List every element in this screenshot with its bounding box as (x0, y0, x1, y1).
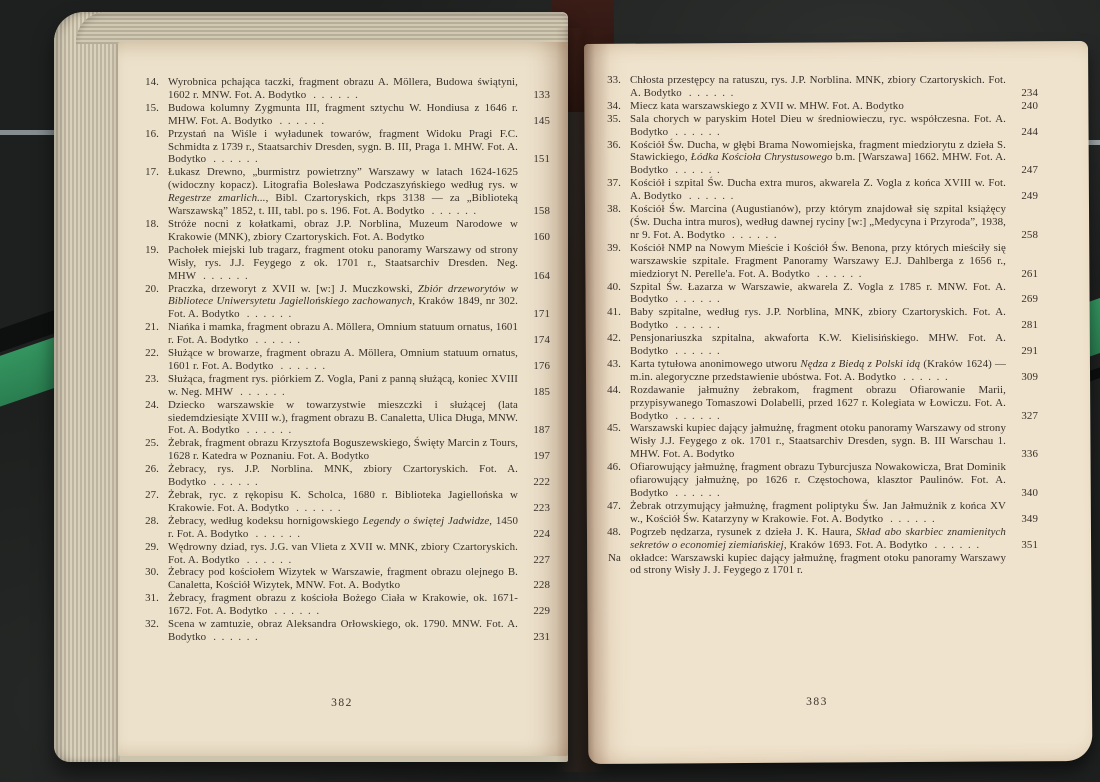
leader-dots: . . . . . . (213, 476, 258, 488)
entry-page-ref: 258 (1006, 229, 1038, 242)
entry-text: Ofiarowujący jałmużnę, fragment obrazu T… (630, 461, 1006, 500)
entry-page-ref: 158 (518, 205, 550, 218)
leader-dots: . . . . . . (296, 502, 341, 514)
page-stack-top-edge (76, 12, 568, 44)
leader-dots: . . . . . . (279, 115, 324, 127)
entry-page-ref: 281 (1006, 319, 1038, 332)
entry-text: Praczka, drzeworyt z XVII w. [w:] J. Muc… (168, 283, 518, 322)
background-gray-line-left (0, 130, 56, 135)
leader-dots: . . . . . . (275, 605, 320, 617)
toc-entry: 43.Karta tytułowa anonimowego utworu Nęd… (596, 358, 1038, 384)
leader-dots: . . . . . . (213, 631, 258, 643)
entry-page-ref: 151 (518, 153, 550, 166)
leader-dots: . . . . . . (817, 268, 862, 280)
entry-text: Żebrak, ryc. z rękopisu K. Scholca, 1680… (168, 489, 518, 515)
leader-dots: . . . . . . (213, 153, 258, 165)
entry-page-ref: 176 (518, 360, 550, 373)
entry-page-ref: 340 (1006, 487, 1038, 500)
entry-text: Pensjonariuszka szpitalna, akwaforta K.W… (630, 332, 1006, 358)
entry-page-ref: 227 (518, 554, 550, 567)
toc-entry: 30.Żebracy pod kościołem Wizytek w Warsz… (134, 566, 550, 592)
entry-text: Wyrobnica pchająca taczki, fragment obra… (168, 76, 518, 102)
leader-dots: . . . . . . (675, 293, 720, 305)
toc-entry: 15.Budowa kolumny Zygmunta III, fragment… (134, 102, 550, 128)
toc-entry: 27.Żebrak, ryc. z rękopisu K. Scholca, 1… (134, 489, 550, 515)
entry-page-ref: 145 (518, 115, 550, 128)
toc-entry: 18.Stróże nocni z kołatkami, obraz J.P. … (134, 218, 550, 244)
entry-number: 19. (134, 244, 168, 257)
toc-entry: 25.Żebrak, fragment obrazu Krzysztofa Bo… (134, 437, 550, 463)
entry-number: 22. (134, 347, 168, 360)
leader-dots: . . . . . . (890, 513, 935, 525)
entry-text: Wędrowny dziad, rys. J.G. van Vlieta z X… (168, 541, 518, 567)
entry-page-ref: 174 (518, 334, 550, 347)
entry-text: Miecz kata warszawskiego z XVII w. MHW. … (630, 100, 1006, 113)
leader-dots: . . . . . . (247, 424, 292, 436)
leader-dots: . . . . . . (280, 360, 325, 372)
entry-text: Służąca, fragment rys. piórkiem Z. Vogla… (168, 373, 518, 399)
leader-dots: . . . . . . (240, 386, 285, 398)
entry-page-ref: 240 (1006, 100, 1038, 113)
toc-entry: 47.Żebrak otrzymujący jałmużnę, fragment… (596, 500, 1038, 526)
toc-entry: 19.Pachołek miejski lub tragarz, fragmen… (134, 244, 550, 283)
entry-page-ref: 185 (518, 386, 550, 399)
entry-number: 46. (596, 461, 630, 474)
leader-dots: . . . . . . (255, 334, 300, 346)
toc-entry: 16.Przystań na Wiśle i wyładunek towarów… (134, 128, 550, 167)
entry-page-ref: 269 (1006, 293, 1038, 306)
entry-text: Sala chorych w paryskim Hotel Dieu w śre… (630, 113, 1006, 139)
entry-number: 43. (596, 358, 630, 371)
entry-number: 29. (134, 541, 168, 554)
toc-entry: 46.Ofiarowujący jałmużnę, fragment obraz… (596, 461, 1038, 500)
leader-dots: . . . . . . (675, 345, 720, 357)
entry-number: 30. (134, 566, 168, 579)
entry-number: 26. (134, 463, 168, 476)
toc-entries-left: 14.Wyrobnica pchająca taczki, fragment o… (134, 76, 550, 644)
entry-page-ref: 229 (518, 605, 550, 618)
leader-dots: . . . . . . (203, 270, 248, 282)
entry-text: Rozdawanie jałmużny żebrakom, fragment o… (630, 384, 1006, 423)
entry-page-ref: 228 (518, 579, 550, 592)
entry-page-ref: 244 (1006, 126, 1038, 139)
entry-text: Chłosta przestępcy na ratuszu, rys. J.P.… (630, 74, 1006, 100)
entry-number: 15. (134, 102, 168, 115)
entry-page-ref: 349 (1006, 513, 1038, 526)
entry-number: 40. (596, 281, 630, 294)
entry-text: Niańka i mamka, fragment obrazu A. Mölle… (168, 321, 518, 347)
entry-page-ref: 261 (1006, 268, 1038, 281)
entry-text: Dziecko warszawskie w towarzystwie miesz… (168, 399, 518, 438)
entry-number: 18. (134, 218, 168, 231)
entry-text: Służące w browarze, fragment obrazu A. M… (168, 347, 518, 373)
page-stack-fore-edge (54, 12, 120, 762)
leader-dots: . . . . . . (247, 554, 292, 566)
toc-entry: 20.Praczka, drzeworyt z XVII w. [w:] J. … (134, 283, 550, 322)
toc-entry: 24.Dziecko warszawskie w towarzystwie mi… (134, 399, 550, 438)
entry-page-ref: 291 (1006, 345, 1038, 358)
toc-entry: 44.Rozdawanie jałmużny żebrakom, fragmen… (596, 384, 1038, 423)
toc-entry: 42.Pensjonariuszka szpitalna, akwaforta … (596, 332, 1038, 358)
entry-number: 17. (134, 166, 168, 179)
toc-entry: 17.Łukasz Drewno, „burmistrz powietrzny”… (134, 166, 550, 218)
leader-dots: . . . . . . (689, 87, 734, 99)
entry-page-ref: 309 (1006, 371, 1038, 384)
entry-number: 39. (596, 242, 630, 255)
leader-dots: . . . . . . (903, 371, 948, 383)
entry-text: Baby szpitalne, według rys. J.P. Norblin… (630, 306, 1006, 332)
entry-text: Kościół Św. Marcina (Augustianów), przy … (630, 203, 1006, 242)
leader-dots: . . . . . . (675, 319, 720, 331)
toc-entry: 45.Warszawski kupiec dający jałmużnę, fr… (596, 422, 1038, 461)
entry-text: Żebracy pod kościołem Wizytek w Warszawi… (168, 566, 518, 592)
entry-number: 48. (596, 526, 630, 539)
entry-text: Pogrzeb nędzarza, rysunek z dzieła J. K.… (630, 526, 1006, 552)
entry-text: Żebrak, fragment obrazu Krzysztofa Bogus… (168, 437, 518, 463)
entry-text: Żebrak otrzymujący jałmużnę, fragment po… (630, 500, 1006, 526)
toc-entry: Naokładce: Warszawski kupiec dający jałm… (596, 552, 1038, 578)
entry-page-ref: 197 (518, 450, 550, 463)
entry-text: Żebracy, według kodeksu hornigowskiego L… (168, 515, 518, 541)
entry-text: Stróże nocni z kołatkami, obraz J.P. Nor… (168, 218, 518, 244)
entry-number: 25. (134, 437, 168, 450)
entry-number: 41. (596, 306, 630, 319)
toc-entry: 37.Kościół i szpital Św. Ducha extra mur… (596, 177, 1038, 203)
leader-dots: . . . . . . (732, 229, 777, 241)
entry-number: Na (596, 552, 630, 565)
entry-page-ref: 222 (518, 476, 550, 489)
entry-number: 24. (134, 399, 168, 412)
entry-number: 20. (134, 283, 168, 296)
leader-dots: . . . . . . (935, 539, 980, 551)
toc-entry: 33.Chłosta przestępcy na ratuszu, rys. J… (596, 74, 1038, 100)
toc-entry: 26.Żebracy, rys. J.P. Norblina. MNK, zbi… (134, 463, 550, 489)
entry-page-ref: 224 (518, 528, 550, 541)
entry-number: 37. (596, 177, 630, 190)
toc-entry: 41.Baby szpitalne, według rys. J.P. Norb… (596, 306, 1038, 332)
entry-text: Karta tytułowa anonimowego utworu Nędza … (630, 358, 1006, 384)
entry-number: 23. (134, 373, 168, 386)
entry-number: 44. (596, 384, 630, 397)
leader-dots: . . . . . . (675, 487, 720, 499)
toc-entries-right: 33.Chłosta przestępcy na ratuszu, rys. J… (596, 74, 1038, 577)
toc-entry: 36.Kościół Św. Ducha, w głębi Brama Nowo… (596, 139, 1038, 178)
entry-text: Kościół Św. Ducha, w głębi Brama Nowomie… (630, 139, 1006, 178)
entry-text: Żebracy, fragment obrazu z kościoła Boże… (168, 592, 518, 618)
toc-entry: 40.Szpital Św. Łazarza w Warszawie, akwa… (596, 281, 1038, 307)
toc-entry: 29.Wędrowny dziad, rys. J.G. van Vlieta … (134, 541, 550, 567)
entry-page-ref: 249 (1006, 190, 1038, 203)
entry-page-ref: 160 (518, 231, 550, 244)
toc-entry: 32.Scena w zamtuzie, obraz Aleksandra Or… (134, 618, 550, 644)
entry-page-ref: 336 (1006, 448, 1038, 461)
leader-dots: . . . . . . (675, 410, 720, 422)
entry-page-ref: 327 (1006, 410, 1038, 423)
toc-entry: 48.Pogrzeb nędzarza, rysunek z dzieła J.… (596, 526, 1038, 552)
entry-text: Żebracy, rys. J.P. Norblina. MNK, zbiory… (168, 463, 518, 489)
entry-text: okładce: Warszawski kupiec dający jałmuż… (630, 552, 1006, 578)
toc-entry: 14.Wyrobnica pchająca taczki, fragment o… (134, 76, 550, 102)
entry-number: 31. (134, 592, 168, 605)
entry-number: 36. (596, 139, 630, 152)
entry-text: Kościół i szpital Św. Ducha extra muros,… (630, 177, 1006, 203)
leader-dots: . . . . . . (313, 89, 358, 101)
entry-page-ref: 187 (518, 424, 550, 437)
entry-number: 21. (134, 321, 168, 334)
entry-number: 27. (134, 489, 168, 502)
entry-text: Kościół NMP na Nowym Mieście i Kościół Ś… (630, 242, 1006, 281)
toc-entry: 39.Kościół NMP na Nowym Mieście i Kośció… (596, 242, 1038, 281)
entry-page-ref: 164 (518, 270, 550, 283)
entry-number: 45. (596, 422, 630, 435)
book-photo-scene: 14.Wyrobnica pchająca taczki, fragment o… (0, 0, 1100, 782)
entry-page-ref: 234 (1006, 87, 1038, 100)
entry-number: 35. (596, 113, 630, 126)
toc-entry: 31.Żebracy, fragment obrazu z kościoła B… (134, 592, 550, 618)
toc-entry: 28.Żebracy, według kodeksu hornigowskieg… (134, 515, 550, 541)
toc-entry: 22.Służące w browarze, fragment obrazu A… (134, 347, 550, 373)
leader-dots: . . . . . . (675, 126, 720, 138)
entry-text: Przystań na Wiśle i wyładunek towarów, f… (168, 128, 518, 167)
entry-page-ref: 351 (1006, 539, 1038, 552)
leader-dots: . . . . . . (689, 190, 734, 202)
toc-entry: 38.Kościół Św. Marcina (Augustianów), pr… (596, 203, 1038, 242)
entry-number: 47. (596, 500, 630, 513)
entry-page-ref: 231 (518, 631, 550, 644)
right-page-number: 383 (596, 696, 1038, 708)
entry-text: Warszawski kupiec dający jałmużnę, fragm… (630, 422, 1006, 461)
toc-entry: 34.Miecz kata warszawskiego z XVII w. MH… (596, 100, 1038, 113)
entry-number: 28. (134, 515, 168, 528)
entry-text: Scena w zamtuzie, obraz Aleksandra Orłow… (168, 618, 518, 644)
leader-dots: . . . . . . (432, 205, 477, 217)
entry-text: Budowa kolumny Zygmunta III, fragment sz… (168, 102, 518, 128)
entry-number: 38. (596, 203, 630, 216)
toc-entry: 23.Służąca, fragment rys. piórkiem Z. Vo… (134, 373, 550, 399)
entry-text: Pachołek miejski lub tragarz, fragment o… (168, 244, 518, 283)
entry-page-ref: 223 (518, 502, 550, 515)
entry-number: 16. (134, 128, 168, 141)
entry-text: Szpital Św. Łazarza w Warszawie, akwarel… (630, 281, 1006, 307)
entry-number: 42. (596, 332, 630, 345)
entry-number: 14. (134, 76, 168, 89)
toc-entry: 21.Niańka i mamka, fragment obrazu A. Mö… (134, 321, 550, 347)
entry-number: 33. (596, 74, 630, 87)
leader-dots: . . . . . . (247, 308, 292, 320)
entry-number: 34. (596, 100, 630, 113)
entry-text: Łukasz Drewno, „burmistrz powietrzny” Wa… (168, 166, 518, 218)
entry-number: 32. (134, 618, 168, 631)
left-page-number: 382 (134, 697, 550, 709)
entry-page-ref: 247 (1006, 164, 1038, 177)
leader-dots: . . . . . . (255, 528, 300, 540)
toc-entry: 35.Sala chorych w paryskim Hotel Dieu w … (596, 113, 1038, 139)
entry-page-ref: 133 (518, 89, 550, 102)
entry-page-ref: 171 (518, 308, 550, 321)
leader-dots: . . . . . . (675, 164, 720, 176)
